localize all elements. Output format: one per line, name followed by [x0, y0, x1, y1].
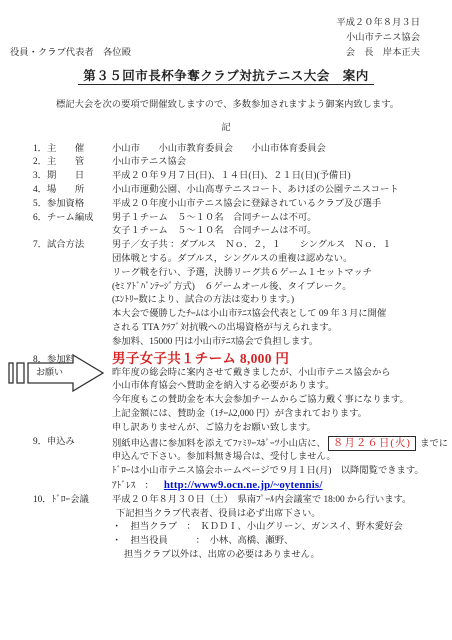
ki-heading: 記	[0, 122, 452, 136]
item-team-composition: 6．チーム編成 男子１チーム ５～１０名 合同チームは不可。 女子１チーム ５～…	[33, 212, 446, 240]
text-line: 平成２０年９月７日(日)、１４日(日)、２１日(日)(予備日)	[112, 170, 446, 184]
item-venue: 4．場 所 小山市運動公園、小山高専テニスコート、あけぼの公園テニスコート	[33, 184, 446, 198]
deadline-box: ８月２６日(火)	[328, 436, 416, 451]
text-segment: までに	[418, 439, 448, 449]
text-line: 平成２０年８月３０日（土） 県南ﾌﾟｰﾙ内会議室で 18:00 から行います。	[112, 494, 446, 508]
item-number: 9．	[33, 437, 47, 447]
item-title: 主 催	[47, 144, 84, 154]
item-entry-fee: お願い 8．参加料 男子女子共１チーム 8,000 円 昨年度の総会時に案内させ…	[33, 350, 446, 436]
text-line: 昨年度の総会時に案内させて戴きましたが、小山市テニス協会から	[112, 367, 446, 381]
text-line: リーグ戦を行い、予選，決勝リーグ共６ゲーム１セットマッチ	[112, 267, 446, 281]
item-label: 9．申込み	[33, 436, 112, 450]
president-name: 会 長 岸本正夫	[346, 46, 420, 61]
addressee: 役員・クラブ代表者 各位殿	[10, 46, 131, 61]
item-title: ﾄﾞﾛｰ会議	[52, 495, 89, 505]
text-line: 女子１チーム ５～１０名 合同チームは不可。	[112, 225, 446, 239]
text-line: 参加料、15000 円は小山市ﾃﾆｽ協会で負担します。	[112, 336, 446, 350]
text-line: 今年度もこの賛助金を本大会参加チームからご協力戴く事になります。	[112, 394, 446, 408]
text-line: 下記担当クラブ代表者、役員は必ず出席下さい。	[112, 508, 446, 522]
text-line: (ｴﾝﾄﾘｰ数により、試合の方法は変わります。)	[112, 294, 446, 308]
text-line: 申し訳ありませんが、ご協力をお願い致します。	[112, 422, 446, 436]
text-line: ﾄﾞﾛｰは小山市テニス協会ホームページで９月１日(月) 以降閲覧できます。	[112, 465, 446, 479]
item-label: 10．ﾄﾞﾛｰ会議	[33, 494, 112, 508]
text-line: される TTA ｸﾗﾌﾞ対抗戦への出場資格が与えられます。	[112, 322, 446, 336]
items-list: 1．主 催 小山市 小山市教育委員会 小山市体育委員会 2．主 管 小山市テニス…	[0, 143, 452, 563]
text-line: (ｾﾐ ｱﾄﾞﾊﾞﾝﾃｰｼﾞ方式) ６ゲームオール後、タイブレーク。	[112, 281, 446, 295]
text-line: 本大会で優勝したﾁｰﾑは小山市ﾃﾆｽ協会代表として 09 年 3 月に開催	[112, 308, 446, 322]
text-line: 平成２０年度小山市テニス協会に登録されているクラブ及び選手	[112, 198, 446, 212]
item-match-format: 7．試合方法 男子／女子共 ：ダブルス Ｎｏ．２，１ シングルス Ｎｏ．１ 団体…	[33, 239, 446, 349]
item-organizer: 2．主 管 小山市テニス協会	[33, 156, 446, 170]
item-number: 4．	[33, 185, 47, 195]
item-number: 1．	[33, 144, 47, 154]
item-title: 主 管	[47, 157, 84, 167]
fee-amount: 男子女子共１チーム 8,000 円	[112, 350, 446, 367]
item-label: 3．期 日	[33, 170, 112, 184]
text-segment: 別紙申込書に参加料を添えてﾌｧﾐﾘｰｽﾎﾟｰﾂ小山店に、	[112, 439, 326, 449]
item-number: 10．	[33, 495, 52, 505]
item-title: 申込み	[47, 437, 75, 447]
item-label: 2．主 管	[33, 156, 112, 170]
item-title: 試合方法	[47, 240, 84, 250]
doc-association: 小山市テニス協会	[0, 31, 420, 46]
item-title: 場 所	[47, 185, 84, 195]
text-line: 男子／女子共 ：ダブルス Ｎｏ．２，１ シングルス Ｎｏ．１	[112, 239, 446, 253]
item-number: 6．	[33, 213, 47, 223]
item-label: 6．チーム編成	[33, 212, 112, 226]
item-label: 7．試合方法	[33, 239, 112, 253]
text-line: 小山市 小山市教育委員会 小山市体育委員会	[112, 143, 446, 157]
header-row: 役員・クラブ代表者 各位殿 会 長 岸本正夫	[0, 46, 452, 61]
item-number: 5．	[33, 199, 47, 209]
text-line: 上記金額には、賛助金（1ﾁｰﾑ2,000 円）が含まれております。	[112, 408, 446, 422]
item-number: 2．	[33, 157, 47, 167]
staff-clubs-line: ・ 担当クラブ ： ＫＤＤＩ、小山グリーン、ガンスイ、野木愛好会	[112, 521, 446, 535]
intro-text: 標記大会を次の要項で開催致しますので、多数参加されますよう御案内致します。	[0, 99, 452, 113]
item-host: 1．主 催 小山市 小山市教育委員会 小山市体育委員会	[33, 143, 446, 157]
header-right: 平成２０年８月３日 小山市テニス協会	[0, 16, 452, 46]
staff-officers-line: ・ 担当役員 ： 小林、高橋、瀬野、	[112, 535, 446, 549]
address-label: ｱﾄﾞﾚｽ ：	[112, 481, 154, 491]
item-title: 参加資格	[47, 199, 84, 209]
text-line: 団体戦とする。ダブルス，シングルスの重複は認めない。	[112, 253, 446, 267]
text-line: 申込んで下さい。参加料無き場合は、受付しません。	[112, 451, 446, 465]
title-wrap: 第３５回市長杯争奪クラブ対抗テニス大会 案内	[0, 67, 452, 87]
item-draw-meeting: 10．ﾄﾞﾛｰ会議 平成２０年８月３０日（土） 県南ﾌﾟｰﾙ内会議室で 18:0…	[33, 494, 446, 563]
onegai-arrow-callout: お願い	[7, 352, 107, 394]
item-eligibility: 5．参加資格 平成２０年度小山市テニス協会に登録されているクラブ及び選手	[33, 198, 446, 212]
item-label: 1．主 催	[33, 143, 112, 157]
onegai-label: お願い	[26, 366, 73, 379]
text-line: 担当クラブ以外は、出席の必要はありません。	[112, 549, 446, 563]
text-line: 男子１チーム ５～１０名 合同チームは不可。	[112, 212, 446, 226]
item-label: 4．場 所	[33, 184, 112, 198]
item-dates: 3．期 日 平成２０年９月７日(日)、１４日(日)、２１日(日)(予備日)	[33, 170, 446, 184]
item-number: 3．	[33, 171, 47, 181]
item-number: 7．	[33, 240, 47, 250]
tennis-homepage-link[interactable]: http://www9.ocn.ne.jp/~oytennis/	[164, 479, 323, 491]
address-line: ｱﾄﾞﾚｽ ：http://www9.ocn.ne.jp/~oytennis/	[112, 479, 446, 494]
text-line: 小山市体育協会へ賛助金を納入する必要があります。	[112, 380, 446, 394]
document-page: 平成２０年８月３日 小山市テニス協会 役員・クラブ代表者 各位殿 会 長 岸本正…	[0, 0, 452, 640]
item-title: チーム編成	[47, 213, 94, 223]
text-line: 小山市運動公園、小山高専テニスコート、あけぼの公園テニスコート	[112, 184, 446, 198]
text-line: 小山市テニス協会	[112, 156, 446, 170]
doc-date: 平成２０年８月３日	[0, 16, 420, 31]
doc-title: 第３５回市長杯争奪クラブ対抗テニス大会 案内	[78, 69, 374, 85]
item-title: 期 日	[47, 171, 84, 181]
application-deadline-line: 別紙申込書に参加料を添えてﾌｧﾐﾘｰｽﾎﾟｰﾂ小山店に、８月２６日(火) までに	[112, 436, 446, 452]
item-label: 5．参加資格	[33, 198, 112, 212]
item-application: 9．申込み 別紙申込書に参加料を添えてﾌｧﾐﾘｰｽﾎﾟｰﾂ小山店に、８月２６日(…	[33, 436, 446, 494]
